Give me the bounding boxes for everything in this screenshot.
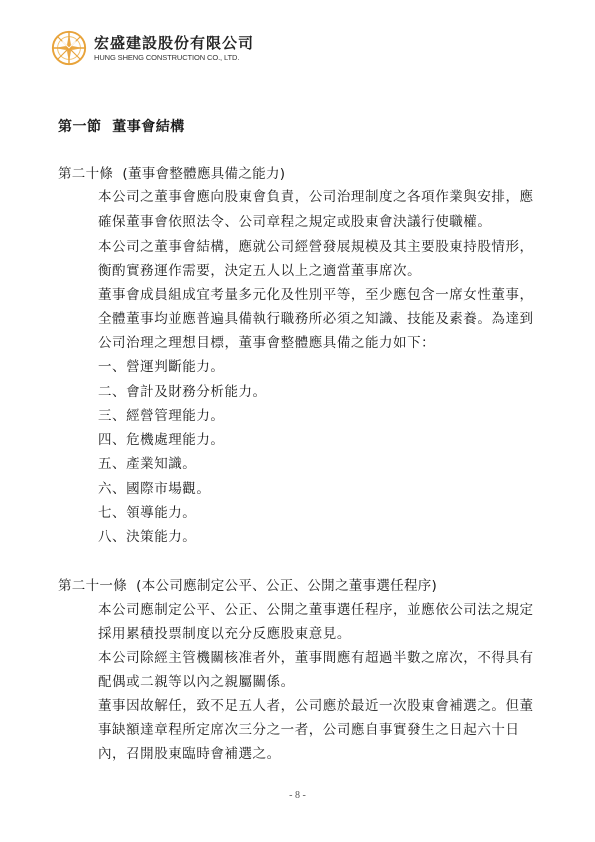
article-20-line: 董事會成員組成宜考量多元化及性別平等，至少應包含一席女性董事， — [98, 283, 534, 303]
article-20-line: 本公司之董事會應向股東會負責，公司治理制度之各項作業與安排，應 — [98, 185, 534, 205]
document-header: 宏盛建設股份有限公司 HUNG SHENG CONSTRUCTION CO., … — [50, 28, 254, 68]
article-20-line: 衡酌實務運作需要，決定五人以上之適當董事席次。 — [98, 259, 421, 279]
article-21-line: 採用累積投票制度以充分反應股東意見。 — [98, 622, 351, 642]
ability-list-item: 三、經營管理能力。 — [98, 404, 224, 424]
article-20-line: 確保董事會依照法令、公司章程之規定或股東會決議行使職權。 — [98, 210, 491, 230]
article-21-line: 配偶或二親等以內之親屬關係。 — [98, 670, 295, 690]
article-21-line: 內，召開股東臨時會補選之。 — [98, 742, 281, 762]
ability-list-item: 五、產業知識。 — [98, 452, 196, 472]
article-20-title: 第二十條 (董事會整體應具備之能力) — [58, 162, 285, 182]
company-name-zh: 宏盛建設股份有限公司 — [94, 34, 254, 52]
ability-list-item: 二、會計及財務分析能力。 — [98, 380, 267, 400]
article-20-line: 公司治理之理想目標，董事會整體應具備之能力如下： — [98, 331, 435, 351]
article-21-line: 本公司應制定公平、公正、公開之董事選任程序，並應依公司法之規定 — [98, 598, 534, 618]
ability-list-item: 七、領導能力。 — [98, 501, 196, 521]
compass-rose-logo-icon — [50, 29, 88, 67]
article-20-line: 本公司之董事會結構，應就公司經營發展規模及其主要股東持股情形， — [98, 235, 534, 255]
ability-list-item: 四、危機處理能力。 — [98, 428, 224, 448]
ability-list-item: 六、國際市場觀。 — [98, 477, 210, 497]
page-number: - 8 - — [0, 790, 595, 801]
article-21-line: 事缺額達章程所定席次三分之一者，公司應自事實發生之日起六十日 — [98, 718, 520, 738]
article-21-line: 董事因故解任，致不足五人者，公司應於最近一次股東會補選之。但董 — [98, 694, 534, 714]
ability-list-item: 八、決策能力。 — [98, 525, 196, 545]
article-21-title: 第二十一條 (本公司應制定公平、公正、公開之董事選任程序) — [58, 574, 437, 594]
company-name-en: HUNG SHENG CONSTRUCTION CO., LTD. — [94, 53, 254, 63]
article-20-line: 全體董事均並應普遍具備執行職務所必須之知識、技能及素養。為達到 — [98, 307, 534, 327]
ability-list-item: 一、營運判斷能力。 — [98, 355, 224, 375]
section-title: 第一節 董事會結構 — [58, 116, 185, 136]
article-21-line: 本公司除經主管機關核准者外，董事間應有超過半數之席次，不得具有 — [98, 646, 534, 666]
